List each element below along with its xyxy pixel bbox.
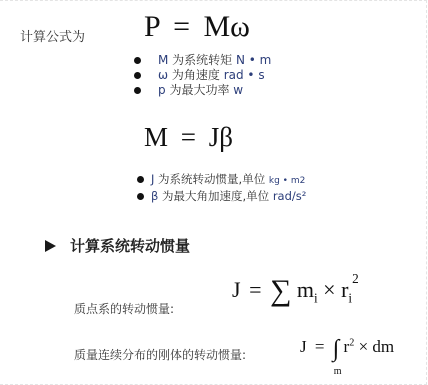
list-item: β 为最大角加速度,单位 rad/s²: [137, 189, 306, 204]
formula-eq: =: [249, 277, 261, 302]
torque-variable-list: J 为系统转动惯量,单位 kg • m2 β 为最大角加速度,单位 rad/s²: [137, 172, 306, 204]
unit: kg • m2: [269, 176, 305, 186]
formula-eq: =: [181, 122, 196, 152]
subscript: i: [314, 290, 318, 305]
bullet-icon: [134, 57, 141, 64]
formula-rhs: Jβ: [209, 122, 233, 152]
particle-label: 质点系的转动惯量:: [74, 300, 174, 317]
var-m: m: [297, 277, 314, 302]
integral-lower-bound: m: [334, 366, 342, 377]
continuous-label: 质量连续分布的刚体的转动惯量:: [74, 346, 246, 363]
formula-lhs: M: [144, 122, 168, 152]
list-item: J 为系统转动惯量,单位 kg • m2: [137, 172, 306, 189]
formula-lhs: J: [232, 277, 241, 302]
dm: dm: [372, 337, 394, 356]
bullet-icon: [134, 72, 141, 79]
sum-symbol: ∑: [270, 274, 291, 307]
exponent: 2: [352, 271, 359, 286]
unit: rad/s²: [273, 189, 307, 203]
desc: 为系统转动惯量,单位: [154, 172, 268, 186]
heading-text: 计算系统转动惯量: [70, 237, 190, 255]
formula-rhs: Mω: [204, 10, 250, 43]
list-item: p 为最大功率 w: [134, 83, 271, 98]
arrow-bullet-icon: [45, 240, 56, 252]
intro-label: 计算公式为: [20, 26, 85, 45]
power-variable-list: M 为系统转矩 N • m ω 为角速度 rad • s p 为最大功率 w: [134, 53, 271, 98]
formula-lhs: P: [144, 10, 160, 43]
exponent: 2: [349, 337, 354, 348]
desc: 为最大功率: [166, 83, 234, 97]
desc: 为系统转矩: [168, 53, 236, 67]
bullet-icon: [134, 87, 141, 94]
unit: rad • s: [224, 68, 265, 82]
times: ×: [323, 277, 335, 302]
unit: N • m: [236, 53, 271, 67]
integral-symbol: ∫: [333, 336, 340, 362]
list-item: M 为系统转矩 N • m: [134, 53, 271, 68]
desc: 为最大角加速度,单位: [158, 189, 272, 203]
formula-particle-inertia: J = ∑ mi × ri2: [232, 274, 359, 308]
integral: ∫ m: [333, 336, 340, 363]
formula-continuous-inertia: J = ∫ m r2 × dm: [300, 336, 394, 363]
list-item: ω 为角速度 rad • s: [134, 68, 271, 83]
formula-torque: M = Jβ: [144, 122, 233, 153]
times: ×: [359, 337, 369, 356]
formula-eq: =: [173, 10, 190, 43]
var: p: [158, 83, 166, 97]
bullet-icon: [137, 193, 144, 200]
formula-power: P = Mω: [144, 10, 250, 44]
formula-eq: =: [315, 337, 325, 356]
unit: w: [233, 83, 243, 97]
var: M: [158, 53, 168, 67]
formula-lhs: J: [300, 337, 307, 356]
desc: 为角速度: [168, 68, 224, 82]
bullet-icon: [137, 176, 144, 183]
var: ω: [158, 68, 168, 82]
section-heading: 计算系统转动惯量: [45, 235, 190, 256]
subscript: i: [348, 290, 352, 305]
